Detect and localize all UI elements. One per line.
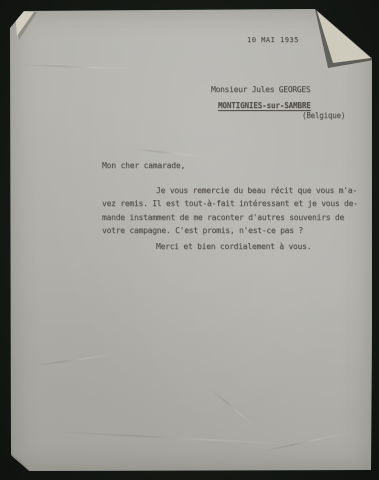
folded-corner-top-right bbox=[10, 9, 372, 471]
body-line: votre campagne. C'est promis, n'est-ce p… bbox=[102, 226, 303, 235]
body-line: vez remis. Il est tout-à-fait intéressan… bbox=[102, 199, 358, 208]
folded-corner-top-right-shadow bbox=[10, 9, 372, 471]
folded-corner-bottom-left bbox=[10, 9, 372, 471]
paper-crease bbox=[128, 148, 213, 159]
folded-corner-top-left-shadow bbox=[10, 9, 372, 471]
body-line: Je vous remercie du beau récit que vous … bbox=[156, 186, 357, 195]
date-stamp: 10 MAI 1935 bbox=[247, 36, 299, 44]
recipient-country: (Belgique) bbox=[302, 111, 345, 120]
folded-corner-top-left bbox=[10, 9, 372, 471]
paper-crease bbox=[16, 64, 146, 71]
closing-line: Merci et bien cordialement à vous. bbox=[156, 242, 311, 251]
recipient-name: Monsieur Jules GEORGES bbox=[211, 85, 310, 94]
letter-paper: 10 MAI 1935 Monsieur Jules GEORGES MONTI… bbox=[10, 9, 372, 471]
paper-crease bbox=[209, 387, 258, 428]
body-line: mande instamment de me raconter d'autres… bbox=[102, 213, 344, 222]
paper-crease bbox=[30, 353, 119, 368]
recipient-city: MONTIGNIES-sur-SAMBRE bbox=[218, 101, 311, 110]
salutation: Mon cher camarade, bbox=[102, 161, 185, 170]
scan-background: 10 MAI 1935 Monsieur Jules GEORGES MONTI… bbox=[0, 0, 379, 480]
paper-crease bbox=[48, 430, 303, 445]
folded-corner-bottom-left-shadow bbox=[10, 9, 372, 471]
